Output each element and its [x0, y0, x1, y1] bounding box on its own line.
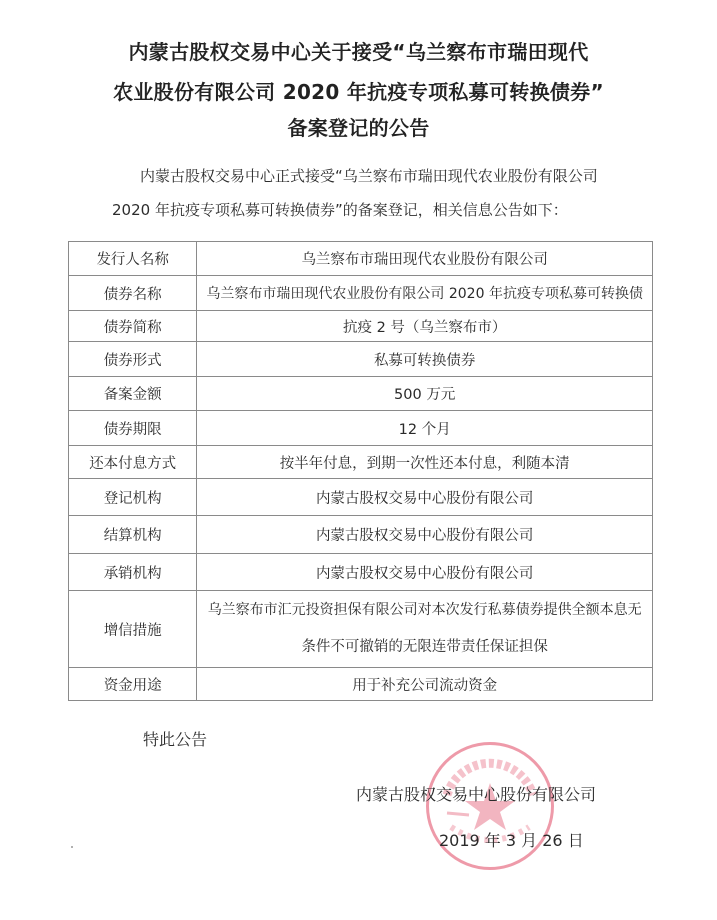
row-label: 备案金额: [69, 377, 197, 411]
row-value-line-1: 乌兰察布市汇元投资担保有限公司对本次发行私募债券提供全额本息无: [199, 592, 650, 629]
row-value: 内蒙古股权交易中心股份有限公司: [197, 479, 653, 516]
row-label: 结算机构: [69, 516, 197, 554]
row-value: 内蒙古股权交易中心股份有限公司: [197, 516, 653, 554]
title-line-3: 备案登记的公告: [0, 112, 717, 141]
table-row: 债券简称 抗疫 2 号（乌兰察布市）: [69, 311, 653, 342]
announcement-page: 内蒙古股权交易中心关于接受“乌兰察布市瑞田现代 农业股份有限公司 2020 年抗…: [0, 0, 717, 920]
table-row: 增信措施 乌兰察布市汇元投资担保有限公司对本次发行私募债券提供全额本息无 条件不…: [69, 591, 653, 668]
table-row: 资金用途 用于补充公司流动资金: [69, 668, 653, 701]
row-label: 债券名称: [69, 276, 197, 311]
table-row: 备案金额 500 万元: [69, 377, 653, 411]
signer-organization: 内蒙古股权交易中心股份有限公司: [356, 782, 596, 805]
row-label: 债券形式: [69, 342, 197, 377]
title-line-1: 内蒙古股权交易中心关于接受“乌兰察布市瑞田现代: [0, 36, 717, 65]
signature-date: 2019 年 3 月 26 日: [439, 828, 584, 851]
row-value: 12 个月: [197, 411, 653, 446]
row-value: 乌兰察布市汇元投资担保有限公司对本次发行私募债券提供全额本息无 条件不可撤销的无…: [197, 591, 653, 668]
row-label: 债券期限: [69, 411, 197, 446]
row-label: 承销机构: [69, 554, 197, 591]
row-value: 500 万元: [197, 377, 653, 411]
intro-line-1: 内蒙古股权交易中心正式接受“乌兰察布市瑞田现代农业股份有限公司: [140, 165, 598, 186]
table-row: 债券形式 私募可转换债券: [69, 342, 653, 377]
row-label: 资金用途: [69, 668, 197, 701]
scan-speck: [71, 846, 73, 848]
row-value: 私募可转换债券: [197, 342, 653, 377]
row-label: 债券简称: [69, 311, 197, 342]
intro-line-2: 2020 年抗疫专项私募可转换债券”的备案登记，相关信息公告如下：: [112, 199, 568, 220]
row-label: 发行人名称: [69, 242, 197, 276]
bond-info-table: 发行人名称 乌兰察布市瑞田现代农业股份有限公司 债券名称 乌兰察布市瑞田现代农业…: [68, 241, 653, 701]
table-row: 结算机构 内蒙古股权交易中心股份有限公司: [69, 516, 653, 554]
row-value: 乌兰察布市瑞田现代农业股份有限公司 2020 年抗疫专项私募可转换债: [197, 276, 653, 311]
row-value: 内蒙古股权交易中心股份有限公司: [197, 554, 653, 591]
row-value: 按半年付息，到期一次性还本付息，利随本清: [197, 446, 653, 479]
table-row: 登记机构 内蒙古股权交易中心股份有限公司: [69, 479, 653, 516]
row-value: 乌兰察布市瑞田现代农业股份有限公司: [197, 242, 653, 276]
table-row: 发行人名称 乌兰察布市瑞田现代农业股份有限公司: [69, 242, 653, 276]
table-row: 还本付息方式 按半年付息，到期一次性还本付息，利随本清: [69, 446, 653, 479]
closing-remark: 特此公告: [143, 727, 207, 750]
row-value: 抗疫 2 号（乌兰察布市）: [197, 311, 653, 342]
row-label: 登记机构: [69, 479, 197, 516]
row-label: 还本付息方式: [69, 446, 197, 479]
title-line-2: 农业股份有限公司 2020 年抗疫专项私募可转换债券”: [0, 76, 717, 105]
table-row: 承销机构 内蒙古股权交易中心股份有限公司: [69, 554, 653, 591]
table-row: 债券期限 12 个月: [69, 411, 653, 446]
table-row: 债券名称 乌兰察布市瑞田现代农业股份有限公司 2020 年抗疫专项私募可转换债: [69, 276, 653, 311]
row-value-line-2: 条件不可撤销的无限连带责任保证担保: [199, 629, 650, 666]
row-value: 用于补充公司流动资金: [197, 668, 653, 701]
row-label: 增信措施: [69, 591, 197, 668]
